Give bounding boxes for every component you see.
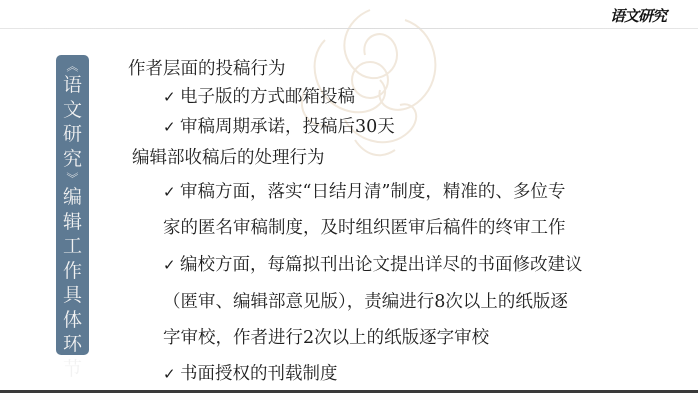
check-icon: ✓ xyxy=(163,363,180,385)
heading-editorial-processing: 编辑部收稿后的处理行为 xyxy=(132,147,325,169)
sidebar-char: 文 xyxy=(63,98,82,123)
sidebar-char: 工 xyxy=(63,234,82,259)
sidebar-char: 作 xyxy=(63,259,82,284)
bullet-item: ✓编校方面，每篇拟刊出论文提出详尽的书面修改建议 xyxy=(163,254,583,276)
bullet-item: ✓审稿方面，落实“日结月清”制度，精准的、多位专 xyxy=(163,181,565,203)
heading-author-submission: 作者层面的投稿行为 xyxy=(128,58,286,80)
sidebar-char: 》 xyxy=(65,172,79,184)
line-text: 家的匿名审稿制度，及时组织匿审后稿件的终审工作 xyxy=(163,218,566,238)
journal-logo: 语文研究 xyxy=(610,5,666,26)
bullet-item: ✓电子版的方式邮箱投稿 xyxy=(163,86,355,108)
bullet-item: ✓书面授权的刊载制度 xyxy=(163,363,338,385)
continuation-line: （匿审、编辑部意见版），责编进行8次以上的纸版逐 xyxy=(163,291,568,313)
line-text: 字审校，作者进行2次以上的纸版逐字审校 xyxy=(163,328,489,348)
line-text: 编辑部收稿后的处理行为 xyxy=(132,148,325,168)
line-text: 审稿方面，落实“日结月清”制度，精准的、多位专 xyxy=(180,182,565,202)
bullet-item: ✓审稿周期承诺，投稿后30天 xyxy=(163,116,395,138)
line-text: 电子版的方式邮箱投稿 xyxy=(180,87,355,107)
decorative-floral-watermark xyxy=(285,0,455,165)
check-icon: ✓ xyxy=(163,181,180,203)
sidebar-char: 编 xyxy=(63,185,82,210)
line-text: （匿审、编辑部意见版），责编进行8次以上的纸版逐 xyxy=(163,292,568,312)
line-text: 编校方面，每篇拟刊出论文提出详尽的书面修改建议 xyxy=(180,255,583,275)
check-icon: ✓ xyxy=(163,86,180,108)
continuation-line: 字审校，作者进行2次以上的纸版逐字审校 xyxy=(163,327,489,349)
line-text: 审稿周期承诺，投稿后30天 xyxy=(180,117,395,137)
section-title-sidebar: 《 语 文 研 究 》 编 辑 工 作 具 体 环 节 xyxy=(56,55,89,355)
check-icon: ✓ xyxy=(163,116,180,138)
sidebar-char: 节 xyxy=(63,357,82,382)
continuation-line: 家的匿名审稿制度，及时组织匿审后稿件的终审工作 xyxy=(163,217,566,239)
sidebar-char: 体 xyxy=(63,308,82,333)
sidebar-char: 辑 xyxy=(63,210,82,235)
line-text: 作者层面的投稿行为 xyxy=(128,59,286,79)
sidebar-char: 环 xyxy=(63,332,82,357)
check-icon: ✓ xyxy=(163,254,180,276)
line-text: 书面授权的刊载制度 xyxy=(180,364,338,384)
sidebar-char: 语 xyxy=(63,73,82,98)
sidebar-char: 具 xyxy=(63,283,82,308)
sidebar-char: 研 xyxy=(63,122,82,147)
sidebar-char: 《 xyxy=(65,60,79,72)
sidebar-char: 究 xyxy=(63,147,82,172)
header-divider xyxy=(0,28,698,29)
